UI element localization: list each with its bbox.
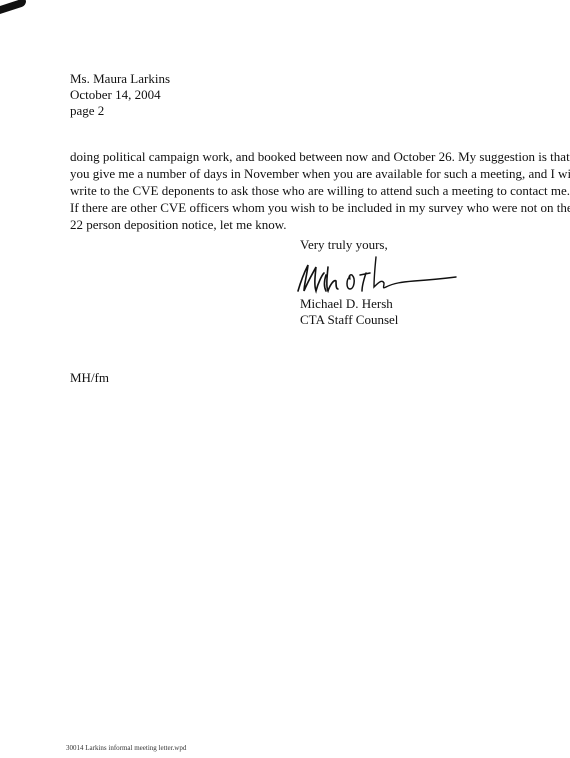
signer-name: Michael D. Hersh [300, 296, 398, 312]
letter-date: October 14, 2004 [70, 87, 170, 103]
body-line: 22 person deposition notice, let me know… [70, 216, 570, 233]
letter-header: Ms. Maura Larkins October 14, 2004 page … [70, 71, 170, 119]
footer-filename: 30014 Larkins informal meeting letter.wp… [66, 744, 186, 752]
body-line: If there are other CVE officers whom you… [70, 199, 570, 216]
recipient-name: Ms. Maura Larkins [70, 71, 170, 87]
signature-icon [290, 255, 460, 297]
signer-block: Michael D. Hersh CTA Staff Counsel [300, 296, 398, 328]
body-line: doing political campaign work, and booke… [70, 148, 570, 165]
scan-artifact-mark [0, 0, 26, 14]
body-line: you give me a number of days in November… [70, 165, 570, 182]
typist-initials: MH/fm [70, 370, 109, 386]
closing-salutation: Very truly yours, [300, 237, 388, 253]
letter-body: doing political campaign work, and booke… [70, 148, 570, 233]
signer-title: CTA Staff Counsel [300, 312, 398, 328]
page-number: page 2 [70, 103, 170, 119]
body-line: write to the CVE deponents to ask those … [70, 182, 570, 199]
